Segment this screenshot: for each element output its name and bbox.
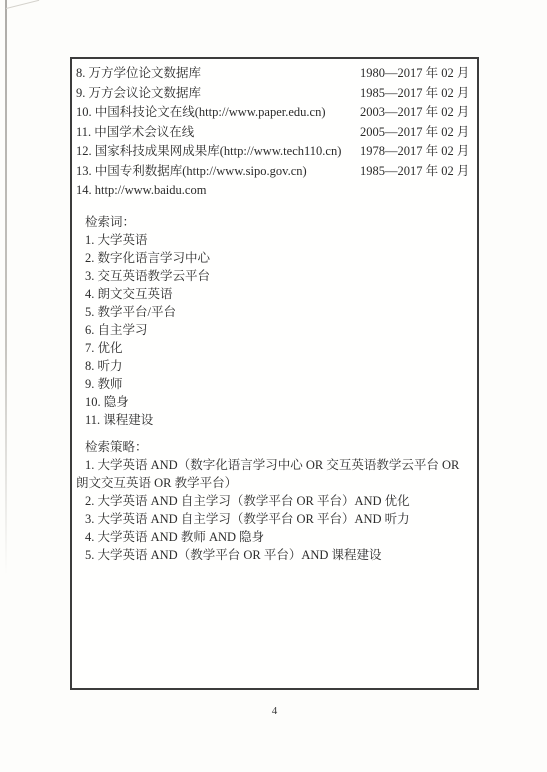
- search-strategy-item: 5. 大学英语 AND（教学平台 OR 平台）AND 课程建设: [76, 546, 473, 564]
- database-date-range: 1985—2017 年 02 月: [360, 84, 473, 104]
- frame-inner: 8. 万方学位论文数据库 1980—2017 年 02 月 9. 万方会议论文数…: [72, 59, 477, 564]
- database-label: 14. http://www.baidu.com: [76, 181, 360, 201]
- search-strategy-item: 4. 大学英语 AND 教师 AND 隐身: [76, 528, 473, 546]
- database-date-range: [360, 181, 473, 201]
- database-label: 13. 中国专利数据库(http://www.sipo.gov.cn): [76, 162, 355, 182]
- database-date-range: 1985—2017 年 02 月: [355, 162, 473, 182]
- database-row: 9. 万方会议论文数据库 1985—2017 年 02 月: [76, 84, 473, 104]
- search-terms-heading: 检索词：: [76, 213, 473, 231]
- database-row: 12. 国家科技成果网成果库(http://www.tech110.cn) 19…: [76, 142, 473, 162]
- search-term-item: 6. 自主学习: [76, 321, 473, 339]
- database-row: 10. 中国科技论文在线(http://www.paper.edu.cn) 20…: [76, 103, 473, 123]
- search-term-item: 5. 教学平台/平台: [76, 303, 473, 321]
- search-strategy-item: 1. 大学英语 AND（数字化语言学习中心 OR 交互英语教学云平台 OR 朗文…: [76, 456, 473, 492]
- search-term-item: 2. 数字化语言学习中心: [76, 249, 473, 267]
- page-number: 4: [70, 705, 479, 717]
- search-strategy-item: 3. 大学英语 AND 自主学习（教学平台 OR 平台）AND 听力: [76, 510, 473, 528]
- database-row: 13. 中国专利数据库(http://www.sipo.gov.cn) 1985…: [76, 162, 473, 182]
- database-date-range: 1978—2017 年 02 月: [355, 142, 473, 162]
- database-label: 11. 中国学术会议在线: [76, 123, 360, 143]
- scan-artifact-smudge: [6, 0, 39, 9]
- search-term-item: 7. 优化: [76, 339, 473, 357]
- search-strategies-heading: 检索策略：: [76, 438, 473, 456]
- database-label: 8. 万方学位论文数据库: [76, 64, 360, 84]
- search-terms-section: 检索词： 1. 大学英语 2. 数字化语言学习中心 3. 交互英语教学云平台 4…: [76, 213, 473, 429]
- search-term-item: 1. 大学英语: [76, 231, 473, 249]
- search-strategy-item: 2. 大学英语 AND 自主学习（教学平台 OR 平台）AND 优化: [76, 492, 473, 510]
- database-label: 12. 国家科技成果网成果库(http://www.tech110.cn): [76, 142, 355, 162]
- database-date-range: 1980—2017 年 02 月: [360, 64, 473, 84]
- search-term-item: 8. 听力: [76, 357, 473, 375]
- database-row: 11. 中国学术会议在线 2005—2017 年 02 月: [76, 123, 473, 143]
- database-list: 8. 万方学位论文数据库 1980—2017 年 02 月 9. 万方会议论文数…: [76, 64, 473, 201]
- search-term-item: 10. 隐身: [76, 393, 473, 411]
- database-date-range: 2003—2017 年 02 月: [360, 103, 473, 123]
- search-term-item: 11. 课程建设: [76, 411, 473, 429]
- database-row: 8. 万方学位论文数据库 1980—2017 年 02 月: [76, 64, 473, 84]
- content-frame: 8. 万方学位论文数据库 1980—2017 年 02 月 9. 万方会议论文数…: [70, 57, 479, 690]
- database-label: 10. 中国科技论文在线(http://www.paper.edu.cn): [76, 103, 360, 123]
- search-term-item: 9. 教师: [76, 375, 473, 393]
- scan-artifact-line: [5, 0, 7, 575]
- database-row: 14. http://www.baidu.com: [76, 181, 473, 201]
- database-label: 9. 万方会议论文数据库: [76, 84, 360, 104]
- database-date-range: 2005—2017 年 02 月: [360, 123, 473, 143]
- search-term-item: 4. 朗文交互英语: [76, 285, 473, 303]
- search-strategies-section: 检索策略： 1. 大学英语 AND（数字化语言学习中心 OR 交互英语教学云平台…: [76, 438, 473, 564]
- search-term-item: 3. 交互英语教学云平台: [76, 267, 473, 285]
